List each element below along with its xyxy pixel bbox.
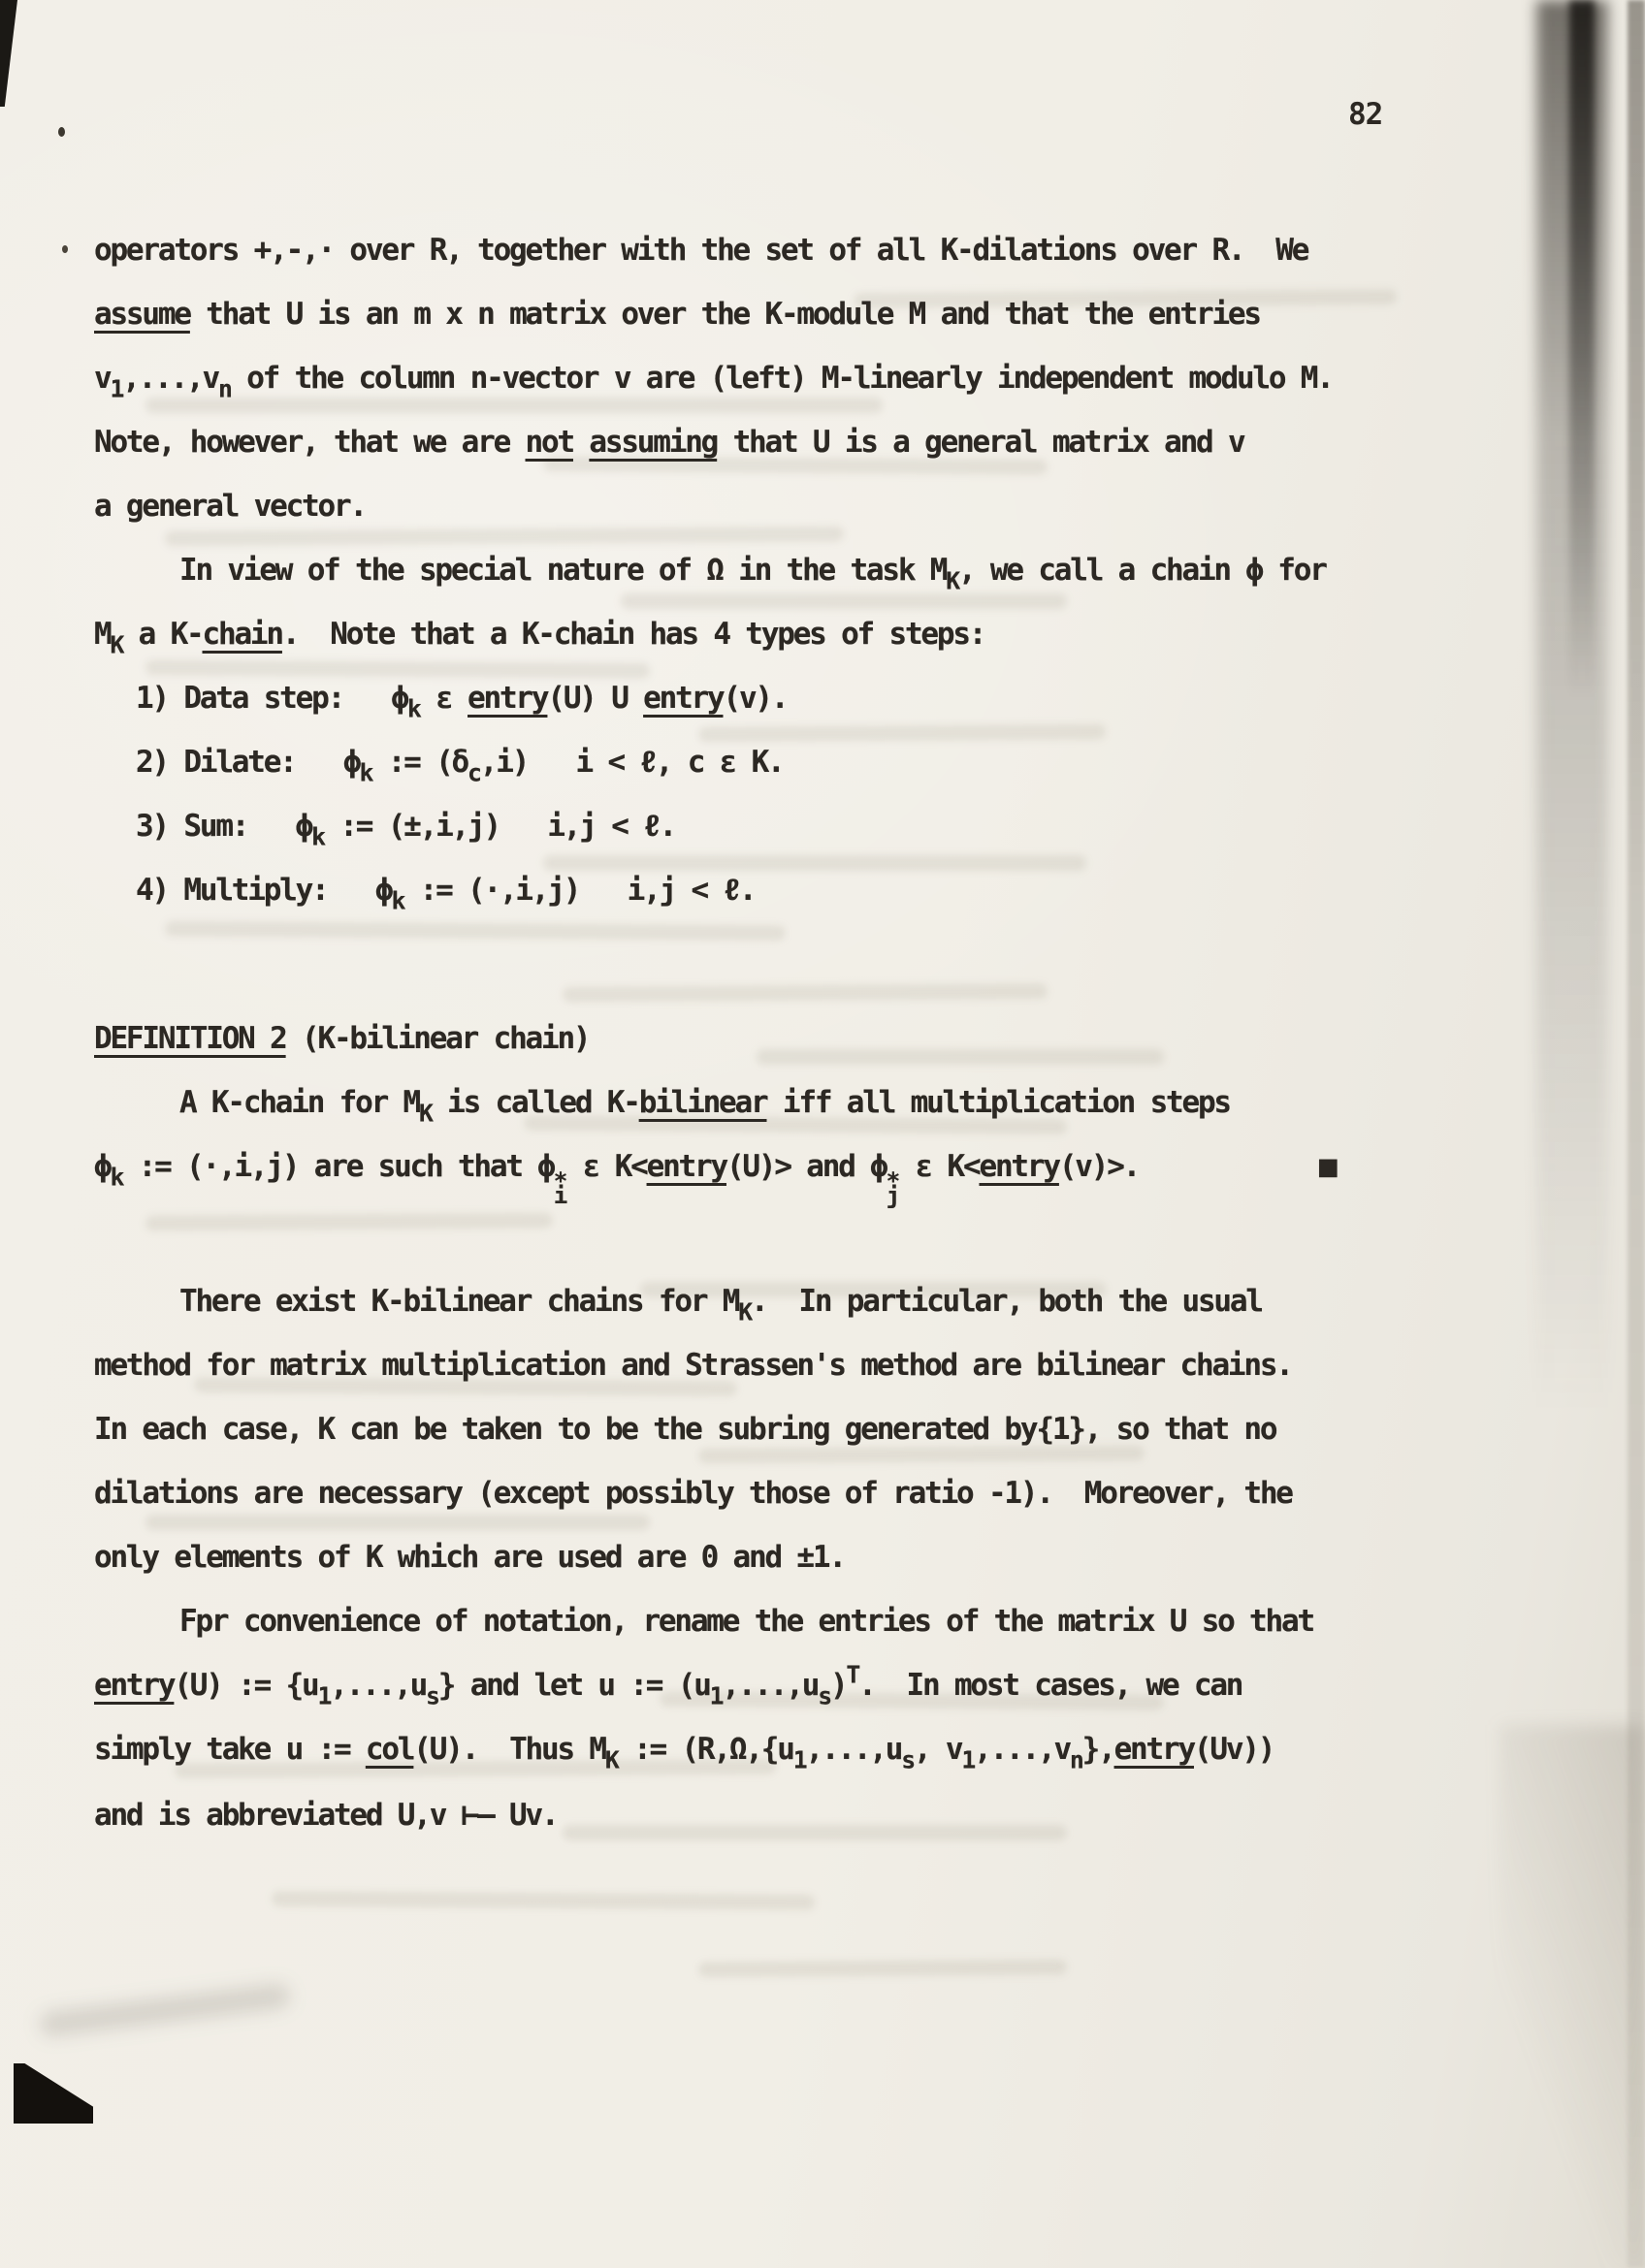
list-item-1: 1) Data step: ϕk ε entry(U) U entry(v). (136, 679, 787, 718)
para1-line4: Note, however, that we are not assuming … (94, 423, 1243, 462)
bleedthrough-smudge (165, 527, 844, 547)
para4-line1: Fpr convenience of notation, rename the … (179, 1602, 1313, 1641)
para4-line2: entry(U) := {u1,...,us} and let u := (u1… (94, 1666, 1242, 1705)
scan-artifact-bottom-right-shade (1500, 1725, 1645, 2268)
page-number: 82 (1348, 97, 1382, 132)
scan-speck (62, 245, 68, 253)
bleedthrough-smudge (543, 855, 1086, 871)
list-item-4: 4) Multiply: ϕk := (·,i,j) i,j < ℓ. (136, 871, 755, 910)
scan-artifact-top-left-corner (0, 0, 29, 107)
scan-speck (58, 127, 65, 137)
scan-artifact-right-streak-dark (1569, 0, 1595, 698)
bleedthrough-smudge (145, 659, 650, 679)
para3-line1: There exist K-bilinear chains for MK. In… (179, 1282, 1262, 1321)
para4-line4: and is abbreviated U,v ⊢— Uv. (94, 1796, 557, 1835)
para1-line2: assume that U is an m x n matrix over th… (94, 295, 1260, 334)
scanned-page: 82 operators +,-,· over R, together with… (0, 0, 1645, 2268)
definition-line1: A K-chain for MK is called K-bilinear if… (179, 1083, 1230, 1122)
para3-line5: only elements of K which are used are 0 … (94, 1538, 845, 1577)
bleedthrough-smudge (563, 1825, 1067, 1840)
qed-square: ■ (1319, 1147, 1335, 1186)
bleedthrough-smudge (563, 983, 1048, 1002)
list-item-2: 2) Dilate: ϕk := (δc,i) i < ℓ, c ε K. (136, 743, 784, 782)
bleedthrough-smudge (698, 724, 1106, 743)
para3-line3: In each case, K can be taken to be the s… (94, 1410, 1275, 1449)
bleedthrough-smudge (757, 1049, 1164, 1065)
para3-line4: dilations are necessary (except possibly… (94, 1474, 1292, 1513)
para2-line1: In view of the special nature of Ω in th… (179, 551, 1326, 590)
para1-line5: a general vector. (94, 487, 366, 526)
para1-line1: operators +,-,· over R, together with th… (94, 231, 1307, 270)
bleedthrough-smudge (165, 921, 786, 941)
definition-heading: DEFINITION 2 (K-bilinear chain) (94, 1019, 589, 1058)
list-item-3: 3) Sum: ϕk := (±,i,j) i,j < ℓ. (136, 807, 675, 846)
para2-line2: MK a K-chain. Note that a K-chain has 4 … (94, 615, 984, 654)
scan-artifact-bottom-left-corner (14, 2063, 93, 2124)
bleedthrough-smudge (145, 398, 883, 413)
bleedthrough-smudge (272, 1891, 815, 1910)
bleedthrough-smudge (698, 1960, 1067, 1978)
scan-artifact-bottom-left-smudge (38, 1982, 291, 2037)
bleedthrough-smudge (145, 1515, 650, 1530)
para3-line2: method for matrix multiplication and Str… (94, 1346, 1292, 1385)
bleedthrough-smudge (145, 1213, 553, 1231)
definition-line2: ϕk := (·,i,j) are such that ϕ*i ε K<entr… (94, 1147, 1139, 1203)
bleedthrough-smudge (621, 593, 1067, 609)
para4-line3: simply take u := col(U). Thus MK := (R,Ω… (94, 1730, 1274, 1769)
para1-line3: v1,...,vn of the column n-vector v are (… (94, 359, 1333, 398)
